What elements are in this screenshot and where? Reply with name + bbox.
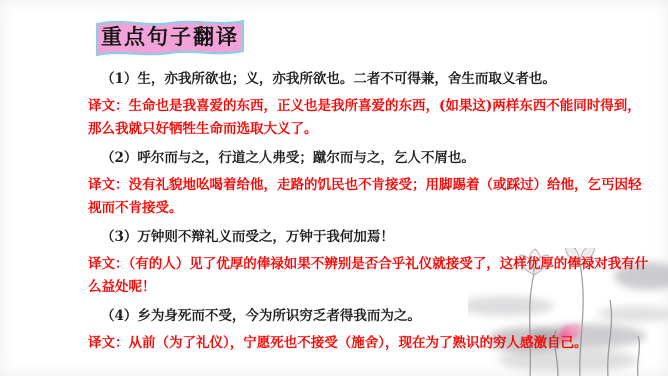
- translation-text-4: 译文：从前（为了礼仪），宁愿死也不接受（施舍），现在为了熟识的穷人感激自己。: [88, 332, 650, 355]
- slide-canvas: 重点句子翻译: [0, 0, 668, 376]
- translation-text-3: 译文：（有的人）见了优厚的俸禄如果不辨别是否合乎礼仪就接受了，这样优厚的俸禄对我…: [88, 253, 650, 299]
- sentence-list: （1）生，亦我所欲也；义，亦我所欲也。二者不可得兼，舍生而取义者也。 译文：生命…: [88, 64, 650, 361]
- source-text-2: （2）呼尔而与之，行道之人弗受；蹴尔而与之，乞人不屑也。: [88, 147, 650, 170]
- source-text-1: （1）生，亦我所欲也；义，亦我所欲也。二者不可得兼，舍生而取义者也。: [88, 68, 650, 91]
- title-badge: 重点句子翻译: [94, 15, 246, 61]
- page-title: 重点句子翻译: [94, 15, 246, 57]
- source-text-3: （3）万钟则不辩礼义而受之，万钟于我何加焉！: [88, 226, 650, 249]
- source-text-4: （4）乡为身死而不受，今为所识穷乏者得我而为之。: [88, 305, 650, 328]
- translation-text-2: 译文：没有礼貌地吆喝着给他，走路的饥民也不肯接受；用脚踢着（或踩过）给他，乞丐因…: [88, 174, 650, 220]
- translation-text-1: 译文：生命也是我喜爱的东西，正义也是我所喜爱的东西，(如果这)两样东西不能同时得…: [88, 95, 650, 141]
